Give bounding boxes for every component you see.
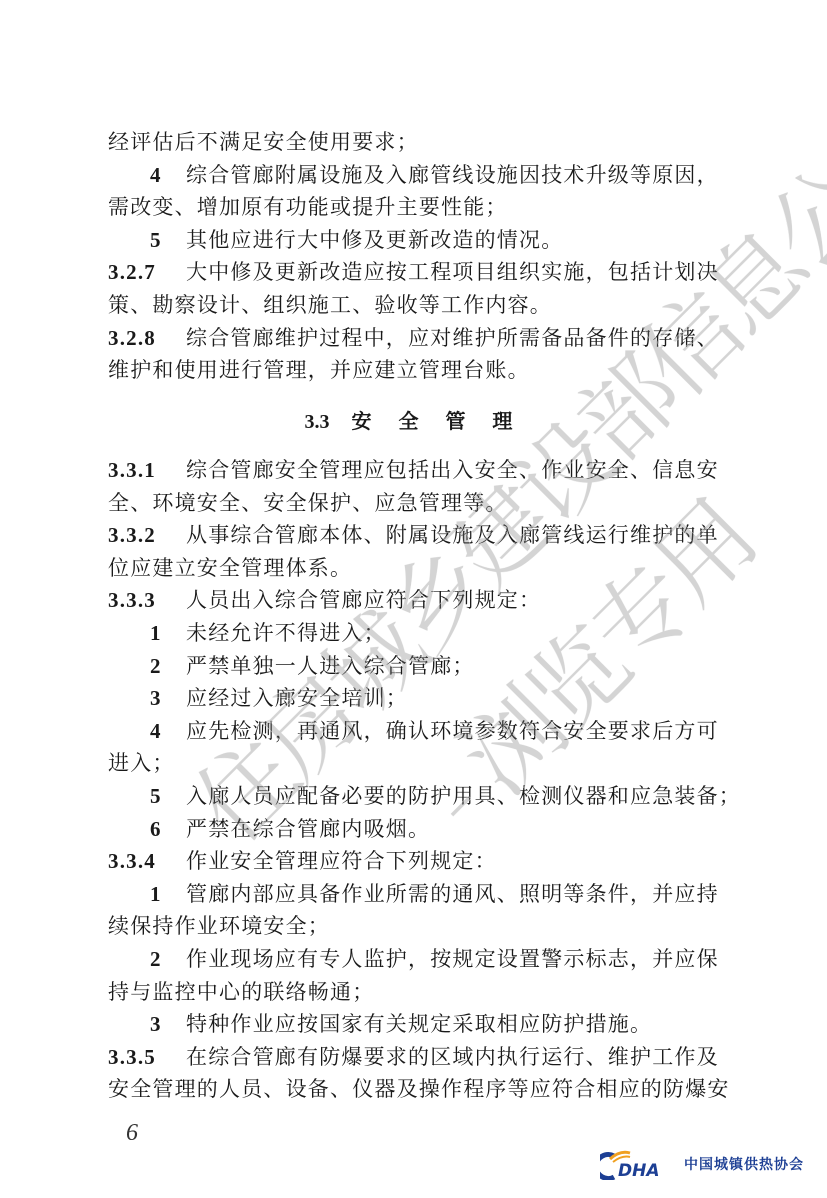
continuation-line: 安全管理的人员、设备、仪器及操作程序等应符合相应的防爆安 [108,1074,720,1104]
section-number: 3.3 [305,411,330,433]
clause-line: 3.3.3人员出入综合管廊应符合下列规定： [108,585,720,615]
clause-line: 3.3.2从事综合管廊本体、附属设施及入廊管线运行维护的单 [108,520,720,550]
item-number: 4 [150,716,186,746]
continuation-line: 维护和使用进行管理，并应建立管理台账。 [108,355,720,385]
line-text: 位应建立安全管理体系。 [108,556,352,580]
line-text: 全、环境安全、安全保护、应急管理等。 [108,491,508,515]
list-item-line: 5其他应进行大中修及更新改造的情况。 [150,225,720,255]
line-text: 综合管廊安全管理应包括出入安全、作业安全、信息安 [186,458,719,482]
cdha-logo-icon: DHA [600,1150,678,1178]
line-text: 进入； [108,751,175,775]
line-text: 作业现场应有专人监护，按规定设置警示标志，并应保 [186,947,719,971]
list-item-line: 4综合管廊附属设施及入廊管线设施因技术升级等原因， [150,160,720,190]
continuation-line: 续保持作业环境安全； [108,911,720,941]
list-item-line: 6严禁在综合管廊内吸烟。 [150,814,720,844]
list-item-line: 2作业现场应有专人监护，按规定设置警示标志，并应保 [150,944,720,974]
line-text: 应经过入廊安全培训； [186,686,408,710]
continuation-line: 策、勘察设计、组织施工、验收等工作内容。 [108,290,720,320]
line-text: 综合管廊附属设施及入廊管线设施因技术升级等原因， [186,163,719,187]
clause-number: 3.2.8 [108,323,186,353]
line-text: 策、勘察设计、组织施工、验收等工作内容。 [108,293,552,317]
clause-number: 3.3.5 [108,1042,186,1072]
line-text: 人员出入综合管廊应符合下列规定： [186,588,541,612]
line-text: 严禁在综合管廊内吸烟。 [186,817,430,841]
line-text: 入廊人员应配备必要的防护用具、检测仪器和应急装备； [186,784,741,808]
svg-text:DHA: DHA [618,1161,660,1180]
item-number: 4 [150,160,186,190]
continuation-line: 位应建立安全管理体系。 [108,553,720,583]
line-text: 从事综合管廊本体、附属设施及入廊管线运行维护的单 [186,523,719,547]
page-number: 6 [126,1120,138,1147]
item-number: 5 [150,781,186,811]
list-item-line: 3应经过入廊安全培训； [150,683,720,713]
line-text: 安全管理的人员、设备、仪器及操作程序等应符合相应的防爆安 [108,1077,730,1101]
association-logo: DHA 中国城镇供热协会 [600,1150,804,1178]
line-text: 应先检测，再通风，确认环境参数符合安全要求后方可 [186,719,719,743]
line-text: 特种作业应按国家有关规定采取相应防护措施。 [186,1012,652,1036]
clause-line: 3.2.7大中修及更新改造应按工程项目组织实施，包括计划决 [108,257,720,287]
list-item-line: 5入廊人员应配备必要的防护用具、检测仪器和应急装备； [150,781,720,811]
clause-number: 3.3.1 [108,455,186,485]
clause-line: 3.3.4作业安全管理应符合下列规定： [108,846,720,876]
line-text: 持与监控中心的联络畅通； [108,980,374,1004]
item-number: 6 [150,814,186,844]
continuation-line: 经评估后不满足安全使用要求； [108,127,720,157]
line-text: 综合管廊维护过程中，应对维护所需备品备件的存储、 [186,326,719,350]
line-text: 其他应进行大中修及更新改造的情况。 [186,228,563,252]
line-text: 大中修及更新改造应按工程项目组织实施，包括计划决 [186,260,719,284]
line-text: 管廊内部应具备作业所需的通风、照明等条件，并应持 [186,882,719,906]
line-text: 续保持作业环境安全； [108,914,330,938]
document-page: 经评估后不满足安全使用要求；4综合管廊附属设施及入廊管线设施因技术升级等原因，需… [0,0,827,1198]
clause-line: 3.3.5在综合管廊有防爆要求的区域内执行运行、维护工作及 [108,1042,720,1072]
item-number: 2 [150,651,186,681]
list-item-line: 1管廊内部应具备作业所需的通风、照明等条件，并应持 [150,879,720,909]
list-item-line: 1未经允许不得进入； [150,618,720,648]
line-text: 需改变、增加原有功能或提升主要性能； [108,195,508,219]
list-item-line: 4应先检测，再通风，确认环境参数符合安全要求后方可 [150,716,720,746]
line-text: 严禁单独一人进入综合管廊； [186,654,475,678]
line-text: 未经允许不得进入； [186,621,386,645]
continuation-line: 持与监控中心的联络畅通； [108,977,720,1007]
line-text: 作业安全管理应符合下列规定： [186,849,497,873]
item-number: 1 [150,879,186,909]
clause-number: 3.2.7 [108,257,186,287]
clause-number: 3.3.3 [108,585,186,615]
continuation-line: 全、环境安全、安全保护、应急管理等。 [108,488,720,518]
list-item-line: 3特种作业应按国家有关规定采取相应防护措施。 [150,1009,720,1039]
clause-line: 3.3.1综合管廊安全管理应包括出入安全、作业安全、信息安 [108,455,720,485]
section-title-text: 安 全 管 理 [352,409,523,433]
item-number: 3 [150,683,186,713]
list-item-line: 2严禁单独一人进入综合管廊； [150,651,720,681]
item-number: 5 [150,225,186,255]
section-heading: 3.3安 全 管 理 [0,406,827,437]
clause-number: 3.3.4 [108,846,186,876]
association-name: 中国城镇供热协会 [684,1154,804,1174]
continuation-line: 进入； [108,748,720,778]
line-text: 维护和使用进行管理，并应建立管理台账。 [108,358,530,382]
line-text: 经评估后不满足安全使用要求； [108,130,419,154]
clause-number: 3.3.2 [108,520,186,550]
line-text: 在综合管廊有防爆要求的区域内执行运行、维护工作及 [186,1045,719,1069]
item-number: 1 [150,618,186,648]
item-number: 2 [150,944,186,974]
clause-line: 3.2.8综合管廊维护过程中，应对维护所需备品备件的存储、 [108,323,720,353]
continuation-line: 需改变、增加原有功能或提升主要性能； [108,192,720,222]
item-number: 3 [150,1009,186,1039]
